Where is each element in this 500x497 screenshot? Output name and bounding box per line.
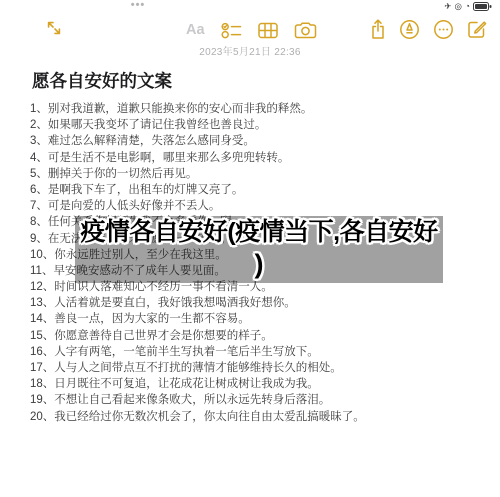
ellipsis-circle-icon <box>433 19 454 40</box>
list-item[interactable]: 15、你愿意善待自己世界才会是你想要的样子。 <box>30 328 490 344</box>
checklist-icon <box>221 22 242 39</box>
table-icon <box>258 22 278 39</box>
list-item[interactable]: 2、如果哪天我变坏了请记住我曾经也善良过。 <box>30 117 490 133</box>
battery-icon <box>473 2 492 11</box>
list-item[interactable]: 19、不想让自己看起来像条败犬，所以永远先转身后落泪。 <box>30 392 490 408</box>
compose-button[interactable] <box>467 19 487 39</box>
list-item[interactable]: 6、是啊我下车了，出租车的灯牌又亮了。 <box>30 182 490 198</box>
expand-window-button[interactable] <box>46 20 62 36</box>
share-icon <box>370 19 386 40</box>
list-item[interactable]: 16、人字有两笔，一笔前半生写执着一笔后半生写放下。 <box>30 344 490 360</box>
more-options-button[interactable] <box>433 19 454 40</box>
screen-mirroring-icon: ◎ <box>454 1 461 11</box>
airplane-mode-icon: ✈ <box>444 1 451 11</box>
watermark-line2: ) <box>61 248 457 280</box>
expand-arrows-icon <box>46 24 62 39</box>
list-item[interactable]: 5、删掉关于你的一切然后再见。 <box>30 166 490 182</box>
toolbar-center: Aa <box>186 19 317 41</box>
list-item[interactable]: 17、人与人之间带点互不打扰的薄情才能够维持长久的相处。 <box>30 360 490 376</box>
list-item[interactable]: 7、可是向爱的人低头好像并不丢人。 <box>30 198 490 214</box>
list-item[interactable]: 14、善良一点，因为大家的一生都不容易。 <box>30 311 490 327</box>
camera-button[interactable] <box>294 22 317 39</box>
list-item[interactable]: 4、可是生活不是电影啊，哪里来那么多兜兜转转。 <box>30 150 490 166</box>
table-button[interactable] <box>258 22 278 39</box>
checklist-button[interactable] <box>221 22 242 39</box>
note-title[interactable]: 愿各自安好的文案 <box>32 68 172 93</box>
watermark-line1: 疫情各自安好(疫情当下,各自安好 <box>61 217 457 248</box>
camera-icon <box>294 22 317 39</box>
markup-pen-icon <box>399 19 420 40</box>
list-item[interactable]: 20、我已经给过你无数次机会了，你太向往自由太爱乱搞暖昧了。 <box>30 409 490 425</box>
toolbar-right <box>370 18 487 40</box>
list-item[interactable]: 3、难过怎么解释清楚，失落怎么感同身受。 <box>30 133 490 149</box>
window-drag-handle[interactable]: ••• <box>124 0 152 11</box>
watermark: 疫情各自安好(疫情当下,各自安好 ) <box>61 217 457 280</box>
compose-icon <box>467 19 487 39</box>
list-item[interactable]: 18、日月既往不可复追，让花成花让树成树让我成为我。 <box>30 376 490 392</box>
notes-window: { "window": { "drag_handle": "•••" }, "s… <box>0 0 500 497</box>
list-item[interactable]: 13、人活着就是要直白，我好饿我想喝酒我好想你。 <box>30 295 490 311</box>
alarm-icon: ◔ <box>465 1 470 11</box>
status-bar: ✈ ◎ ◔ <box>444 1 492 11</box>
format-aa-icon: Aa <box>186 22 205 38</box>
list-item[interactable]: 1、别对我道歉，道歉只能换来你的安心而非我的释然。 <box>30 101 490 117</box>
share-button[interactable] <box>370 19 386 40</box>
markup-button[interactable] <box>399 19 420 40</box>
note-date: 2023年5月21日 22:36 <box>0 43 500 58</box>
format-text-button[interactable]: Aa <box>186 19 205 41</box>
